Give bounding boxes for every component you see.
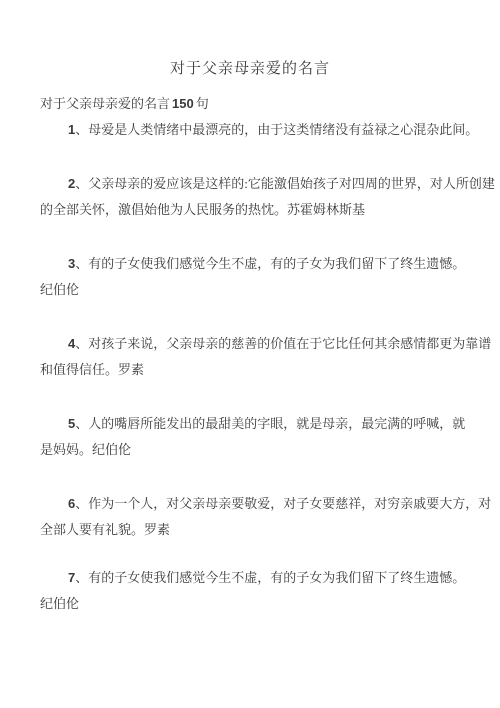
subtitle-suffix: 句 bbox=[196, 96, 209, 111]
page-title: 对于父亲母亲爱的名言 bbox=[0, 0, 500, 81]
quote-continuation-line: 纪伯伦 bbox=[40, 591, 500, 617]
quote-item: 2、父亲母亲的爱应该是这样的:它能激倡始孩子对四周的世界，对人所创建 的全部关怀… bbox=[0, 171, 500, 223]
quote-enumeration-comma: 、 bbox=[75, 256, 88, 271]
quote-item: 1、母爱是人类情绪中最漂亮的，由于这类情绪没有益禄之心混杂此间。 bbox=[0, 117, 500, 143]
quote-first-line: 4、对孩子来说，父亲母亲的慈善的价值在于它比任何其余感情都更为靠谱 bbox=[40, 331, 500, 357]
subtitle-count: 150 bbox=[170, 96, 196, 111]
quote-text: 人的嘴唇所能发出的最甜美的字眼，就是母亲，最完满的呼喊，就 bbox=[88, 416, 465, 431]
quote-text: 有的子女使我们感觉今生不虚，有的子女为我们留下了终生遗憾。 bbox=[88, 256, 465, 271]
quote-item: 3、有的子女使我们感觉今生不虚，有的子女为我们留下了终生遗憾。 纪伯伦 bbox=[0, 251, 500, 303]
quote-item: 6、作为一个人，对父亲母亲要敬爱，对子女要慈祥，对穷亲戚要大方，对 全部人要有礼… bbox=[0, 491, 500, 543]
quote-continuation-line: 的全部关怀，激倡始他为人民服务的热忱。苏霍姆林斯基 bbox=[40, 197, 500, 223]
quote-continuation-line: 是妈妈。纪伯伦 bbox=[40, 437, 500, 463]
quote-first-line: 7、有的子女使我们感觉今生不虚，有的子女为我们留下了终生遗憾。 bbox=[40, 565, 500, 591]
quote-enumeration-comma: 、 bbox=[75, 176, 88, 191]
quote-enumeration-comma: 、 bbox=[75, 570, 88, 585]
quote-item: 5、人的嘴唇所能发出的最甜美的字眼，就是母亲，最完满的呼喊，就 是妈妈。纪伯伦 bbox=[0, 411, 500, 463]
quote-first-line: 1、母爱是人类情绪中最漂亮的，由于这类情绪没有益禄之心混杂此间。 bbox=[40, 117, 500, 143]
quote-first-line: 2、父亲母亲的爱应该是这样的:它能激倡始孩子对四周的世界，对人所创建 bbox=[40, 171, 500, 197]
quote-text: 作为一个人，对父亲母亲要敬爱，对子女要慈祥，对穷亲戚要大方，对 bbox=[88, 496, 491, 511]
quote-text: 父亲母亲的爱应该是这样的:它能激倡始孩子对四周的世界，对人所创建 bbox=[88, 176, 495, 191]
quote-text: 母爱是人类情绪中最漂亮的，由于这类情绪没有益禄之心混杂此间。 bbox=[88, 122, 478, 137]
subtitle-prefix: 对于父亲母亲爱的名言 bbox=[40, 96, 170, 111]
quote-item: 4、对孩子来说，父亲母亲的慈善的价值在于它比任何其余感情都更为靠谱 和值得信任。… bbox=[0, 331, 500, 383]
quote-first-line: 5、人的嘴唇所能发出的最甜美的字眼，就是母亲，最完满的呼喊，就 bbox=[40, 411, 500, 437]
quote-continuation-line: 纪伯伦 bbox=[40, 277, 500, 303]
quote-first-line: 6、作为一个人，对父亲母亲要敬爱，对子女要慈祥，对穷亲戚要大方，对 bbox=[40, 491, 500, 517]
quote-enumeration-comma: 、 bbox=[75, 496, 88, 511]
quote-first-line: 3、有的子女使我们感觉今生不虚，有的子女为我们留下了终生遗憾。 bbox=[40, 251, 500, 277]
quote-item: 7、有的子女使我们感觉今生不虚，有的子女为我们留下了终生遗憾。 纪伯伦 bbox=[0, 565, 500, 617]
quote-continuation-line: 全部人要有礼貌。罗素 bbox=[40, 517, 500, 543]
quote-enumeration-comma: 、 bbox=[75, 336, 88, 351]
quote-continuation-line: 和值得信任。罗素 bbox=[40, 357, 500, 383]
quote-enumeration-comma: 、 bbox=[75, 122, 88, 137]
document-page: 对于父亲母亲爱的名言 对于父亲母亲爱的名言150句 1、母爱是人类情绪中最漂亮的… bbox=[0, 0, 500, 708]
quote-text: 有的子女使我们感觉今生不虚，有的子女为我们留下了终生遗憾。 bbox=[88, 570, 465, 585]
subtitle-line: 对于父亲母亲爱的名言150句 bbox=[40, 91, 460, 117]
quote-enumeration-comma: 、 bbox=[75, 416, 88, 431]
quote-list: 1、母爱是人类情绪中最漂亮的，由于这类情绪没有益禄之心混杂此间。 2、父亲母亲的… bbox=[0, 117, 500, 617]
quote-text: 对孩子来说，父亲母亲的慈善的价值在于它比任何其余感情都更为靠谱 bbox=[88, 336, 491, 351]
